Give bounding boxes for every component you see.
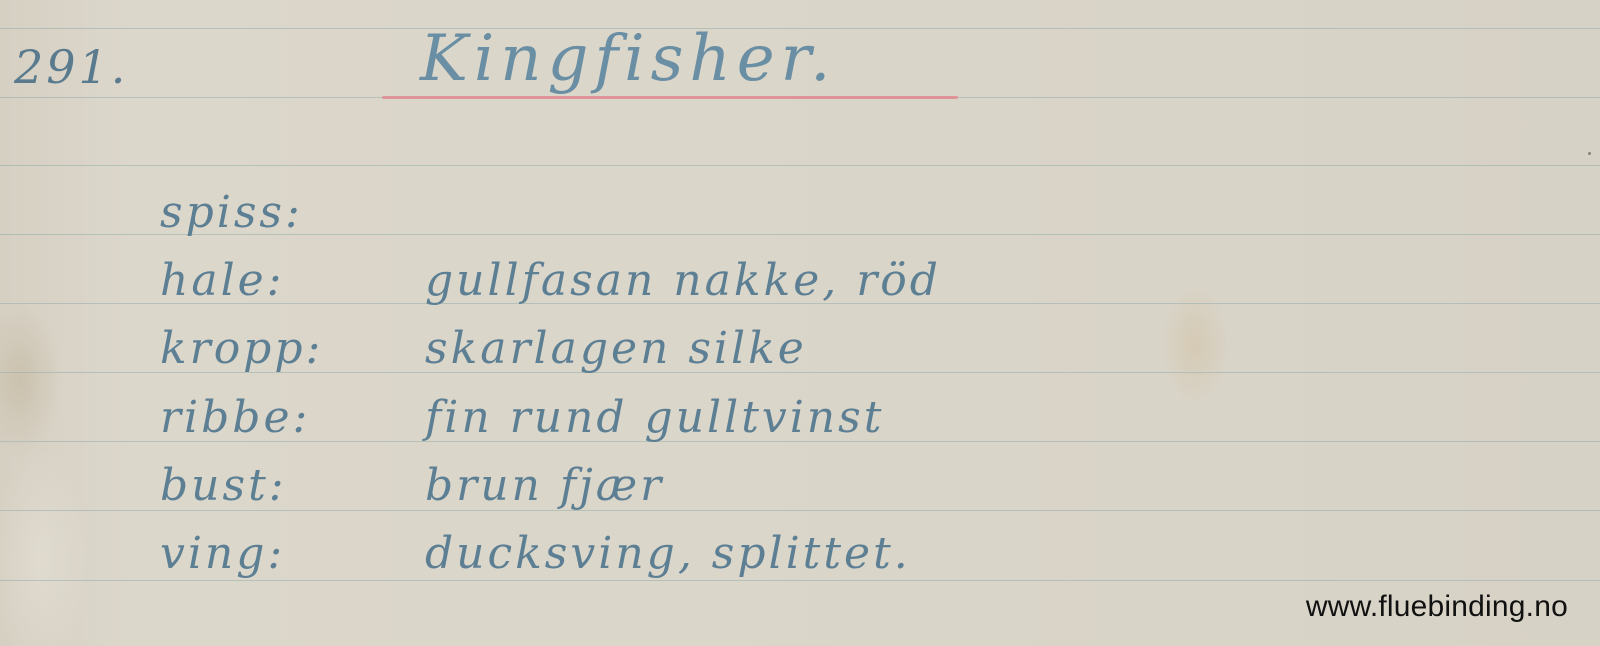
watermark-url: www.fluebinding.no <box>1306 590 1568 624</box>
field-value-bust: brun fjær <box>425 460 664 511</box>
field-label-kropp: kropp: <box>160 323 410 374</box>
field-label-ribbe: ribbe: <box>160 392 410 443</box>
paper-speck <box>1588 152 1591 155</box>
field-label-hale: hale: <box>160 255 410 306</box>
field-value-kropp: skarlagen silke <box>425 323 807 374</box>
title-underline <box>382 96 958 99</box>
ruled-line <box>0 580 1600 581</box>
field-label-spiss: spiss: <box>160 187 410 238</box>
field-value-ving: ducksving, splittet. <box>425 528 911 579</box>
entry-number: 291. <box>14 40 128 94</box>
field-value-hale: gullfasan nakke, röd <box>425 255 941 306</box>
entry-title: Kingfisher. <box>420 22 836 96</box>
field-label-bust: bust: <box>160 460 410 511</box>
ruled-line <box>0 165 1600 166</box>
field-value-ribbe: fin rund gulltvinst <box>425 392 884 443</box>
notebook-page: 291. Kingfisher. spiss: hale: gullfasan … <box>0 0 1600 646</box>
field-label-ving: ving: <box>160 528 410 579</box>
